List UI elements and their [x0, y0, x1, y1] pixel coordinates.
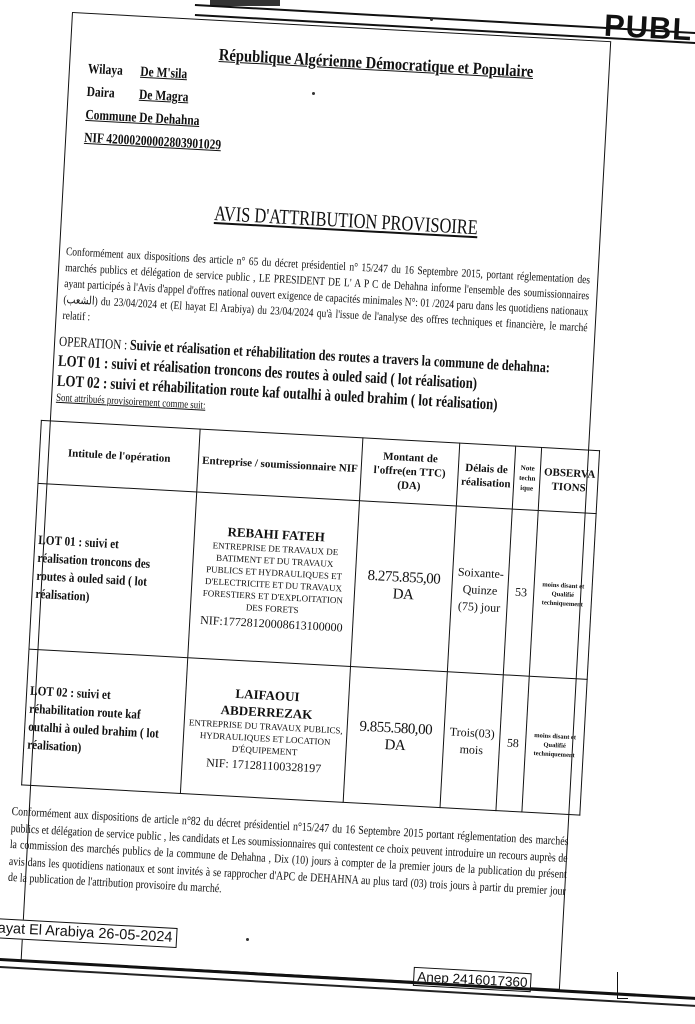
company-description: ENTREPRISE DU TRAVAUX PUBLICS, HYDRAULIQ… — [189, 717, 343, 757]
issuer-block: WilayaDe M'sila DairaDe Magra Commune De… — [84, 58, 226, 157]
row-delay: Soixante-Quinze (75) jour — [447, 506, 512, 675]
table-row: LOT 01 : suivi et réalisation troncons d… — [29, 483, 596, 679]
source-stamp: El Hayat El Arabiya 26-05-2024 — [0, 917, 178, 948]
row-operation: LOT 02 : suivi et réhabilitation route k… — [22, 649, 188, 793]
scan-speck — [430, 18, 433, 21]
table-row: LOT 02 : suivi et réhabilitation route k… — [22, 649, 588, 815]
header-operation: Intitule de l'opération — [38, 420, 200, 492]
section-label: PUBL — [603, 8, 693, 49]
republic-heading: République Algérienne Démocratique et Po… — [218, 45, 533, 82]
row-company: LAIFAOUI ABDERREZAK ENTREPRISE DU TRAVAU… — [181, 658, 351, 803]
company-nif: NIF: 171281100328197 — [185, 752, 342, 778]
scan-speck — [312, 92, 315, 95]
header-entreprise: Entreprise / soumissionnaire NIF — [197, 429, 363, 501]
header-montant: Montant de l'offre(en TTC) (DA) — [360, 438, 460, 506]
row-delay: Trois(03) mois — [440, 672, 504, 811]
row-observation: moins disant et Qualifié techniquement — [529, 510, 596, 679]
row-company: REBAHI FATEH ENTREPRISE DE TRAVAUX DE BA… — [188, 492, 360, 667]
header-note: Note techn ique — [513, 446, 542, 510]
row-operation: LOT 01 : suivi et réalisation troncons d… — [29, 483, 197, 657]
row-amount: 9.855.580,00 DA — [343, 667, 447, 808]
notice-frame: République Algérienne Démocratique et Po… — [21, 12, 612, 990]
row-observation: moins disant et Qualifié techniquement — [522, 676, 587, 815]
row-amount: 8.275.855,00 DA — [351, 501, 457, 672]
intro-paragraph: Conformément aux dispositions des articl… — [62, 244, 590, 352]
company-description: ENTREPRISE DE TRAVAUX DE BATIMENT ET DU … — [203, 540, 344, 615]
header-delais: Délais de réalisation — [456, 443, 516, 509]
closing-paragraph: Conformément aux dispositions de article… — [8, 803, 569, 916]
company-nif: NIF:177281200086131000​00 — [193, 610, 350, 636]
header-observations: OBSERVA TIONS — [538, 448, 599, 514]
scan-speck — [246, 938, 249, 941]
notice-title: AVIS D'ATTRIBUTION PROVISOIRE — [214, 201, 479, 240]
award-table: Intitule de l'opération Entreprise / sou… — [21, 420, 600, 816]
page-edge-mark — [617, 972, 628, 999]
